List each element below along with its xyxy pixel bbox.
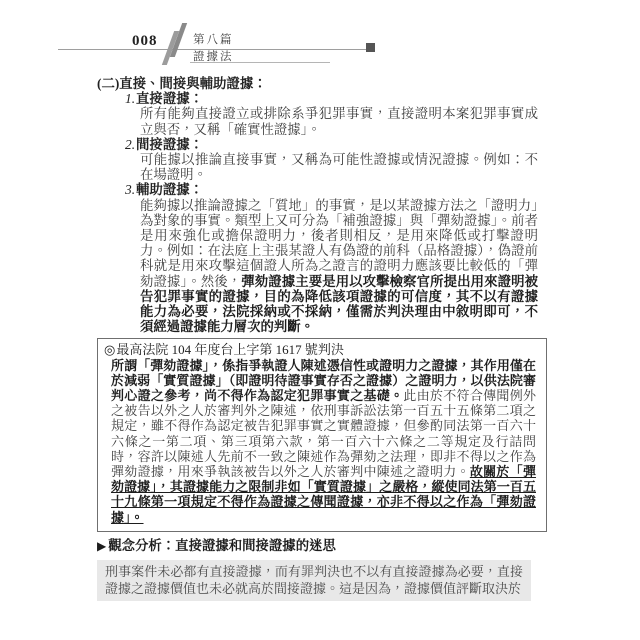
concept-arrow-icon: ▶ [97,539,106,553]
item-number: 1. [125,91,135,106]
judgment-box: ◎最高法院 104 年度台上字第 1617 號判決 所謂「彈劾證據」，係指爭執證… [97,338,547,531]
header-end-square-icon [366,43,375,52]
item-number: 3. [125,182,135,197]
main-content: (二)直接、間接與輔助證據： 1.直接證據： 所有能夠直接證立或排除系爭犯罪事實… [97,76,547,601]
concept-heading-text: 觀念分析：直接證據和間接證據的迷思 [108,538,336,553]
concept-heading: ▶觀念分析：直接證據和間接證據的迷思 [97,538,547,554]
item-title: 輔助證據： [136,182,203,197]
section-heading: (二)直接、間接與輔助證據： [97,76,547,91]
judgment-bullet-icon: ◎ [104,342,115,357]
list-item: 3.輔助證據： 能夠據以推論證據之「質地」的事實，是以某證據方法之「證明力」為對… [97,182,547,334]
note-box: 刑事案件未必都有直接證據，而有罪判決也不以有直接證據為必要，直接證據之證據價值也… [97,560,531,601]
judgment-body: 所謂「彈劾證據」，係指爭執證人陳述憑信性或證明力之證據，其作用僅在於減弱「實質證… [111,358,536,525]
item-body: 能夠據以推論證據之「質地」的事實，是以某證據方法之「證明力」為對象的事實。類型上… [140,198,538,335]
item-body: 所有能夠直接證立或排除系爭犯罪事實，直接證明本案犯罪事實成立與否，又稱「確實性證… [140,106,538,136]
list-item: 2.間接證據： 可能據以推論直接事實，又稱為可能性證據或情況證據。例如：不在場證… [97,137,547,183]
chapter-slash-icon [164,23,190,65]
judgment-title: 最高法院 104 年度台上字第 1617 號判決 [116,342,344,357]
item-body: 可能據以推論直接事實，又稱為可能性證據或情況證據。例如：不在場證明。 [140,152,538,182]
part-label: 第八篇 [193,31,234,47]
part-name: 證據法 [193,48,234,64]
page-number: 008 [132,33,158,50]
item-number: 2. [125,137,135,152]
book-page: 008 第八篇 證據法 (二)直接、間接與輔助證據： 1.直接證據： 所有能夠直… [0,0,640,640]
item-title: 間接證據： [136,137,203,152]
list-item: 1.直接證據： 所有能夠直接證立或排除系爭犯罪事實，直接證明本案犯罪事實成立與否… [97,91,547,137]
item-title: 直接證據： [136,91,203,106]
